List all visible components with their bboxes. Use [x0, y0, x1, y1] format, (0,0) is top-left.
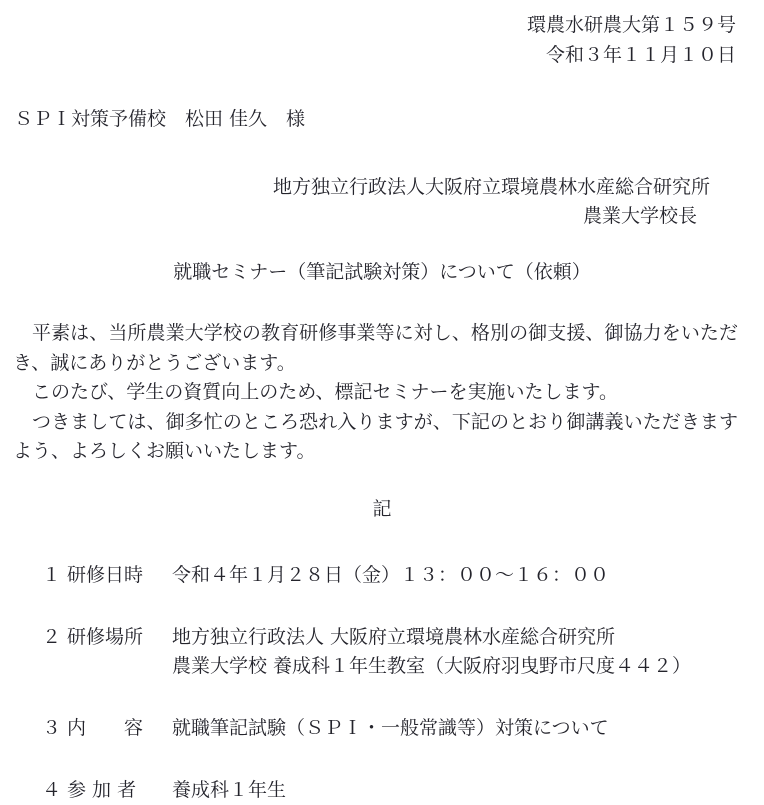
item-number: ３	[42, 714, 67, 743]
item-label: 内 容	[67, 714, 143, 743]
item-content-line: 就職筆記試験（ＳＰＩ・一般常識等）対策について	[172, 714, 764, 743]
item-label: 研修場所	[67, 623, 143, 681]
item-number: １	[42, 561, 67, 590]
document-header: 環農水研農大第１５９号 令和３年１１月１０日	[0, 0, 764, 70]
item-content: 養成科１年生	[172, 776, 764, 805]
document-page: 環農水研農大第１５９号 令和３年１１月１０日 ＳＰＩ対策予備校 松田 佳久 様 …	[0, 0, 764, 805]
item-content: 令和４年１月２８日（金）１３：００～１６：００	[172, 561, 764, 590]
item-number: ２	[42, 623, 67, 681]
list-item: １ 研修日時 令和４年１月２８日（金）１３：００～１６：００	[42, 561, 764, 590]
item-number: ４	[42, 776, 67, 805]
item-content-line: 農業大学校 養成科１年生教室（大阪府羽曳野市尺度４４２）	[172, 652, 764, 681]
doc-number: 環農水研農大第１５９号	[0, 10, 736, 40]
sender-org: 地方独立行政法人大阪府立環境農林水産総合研究所	[0, 173, 710, 202]
list-item: ２ 研修場所 地方独立行政法人 大阪府立環境農林水産総合研究所 農業大学校 養成…	[42, 623, 764, 681]
sender-title: 農業大学校長	[0, 202, 710, 231]
item-content-line: 令和４年１月２８日（金）１３：００～１６：００	[172, 561, 764, 590]
item-content: 地方独立行政法人 大阪府立環境農林水産総合研究所 農業大学校 養成科１年生教室（…	[172, 623, 764, 681]
item-content: 就職筆記試験（ＳＰＩ・一般常識等）対策について	[172, 714, 764, 743]
doc-date: 令和３年１１月１０日	[0, 40, 736, 70]
item-label: 参 加 者	[67, 776, 143, 805]
item-content-line: 養成科１年生	[172, 776, 764, 805]
document-title: 就職セミナー（筆記試験対策）について（依頼）	[0, 259, 764, 285]
body-text: 平素は、当所農業大学校の教育研修事業等に対し、格別の御支援、御協力をいただき、誠…	[0, 319, 764, 467]
item-content-line: 地方独立行政法人 大阪府立環境農林水産総合研究所	[172, 623, 764, 652]
list-item: ３ 内 容 就職筆記試験（ＳＰＩ・一般常識等）対策について	[42, 714, 764, 743]
body-paragraph: このたび、学生の資質向上のため、標記セミナーを実施いたします。	[13, 378, 738, 408]
addressee: ＳＰＩ対策予備校 松田 佳久 様	[0, 106, 764, 132]
list-item: ４ 参 加 者 養成科１年生	[42, 776, 764, 805]
sender-block: 地方独立行政法人大阪府立環境農林水産総合研究所 農業大学校長	[0, 173, 764, 231]
body-paragraph: つきましては、御多忙のところ恐れ入りますが、下記のとおり御講義いただきますよう、…	[13, 408, 738, 467]
body-paragraph: 平素は、当所農業大学校の教育研修事業等に対し、格別の御支援、御協力をいただき、誠…	[13, 319, 738, 378]
item-list: １ 研修日時 令和４年１月２８日（金）１３：００～１６：００ ２ 研修場所 地方…	[0, 561, 764, 805]
item-label: 研修日時	[67, 561, 143, 590]
ki-marker: 記	[0, 496, 764, 522]
